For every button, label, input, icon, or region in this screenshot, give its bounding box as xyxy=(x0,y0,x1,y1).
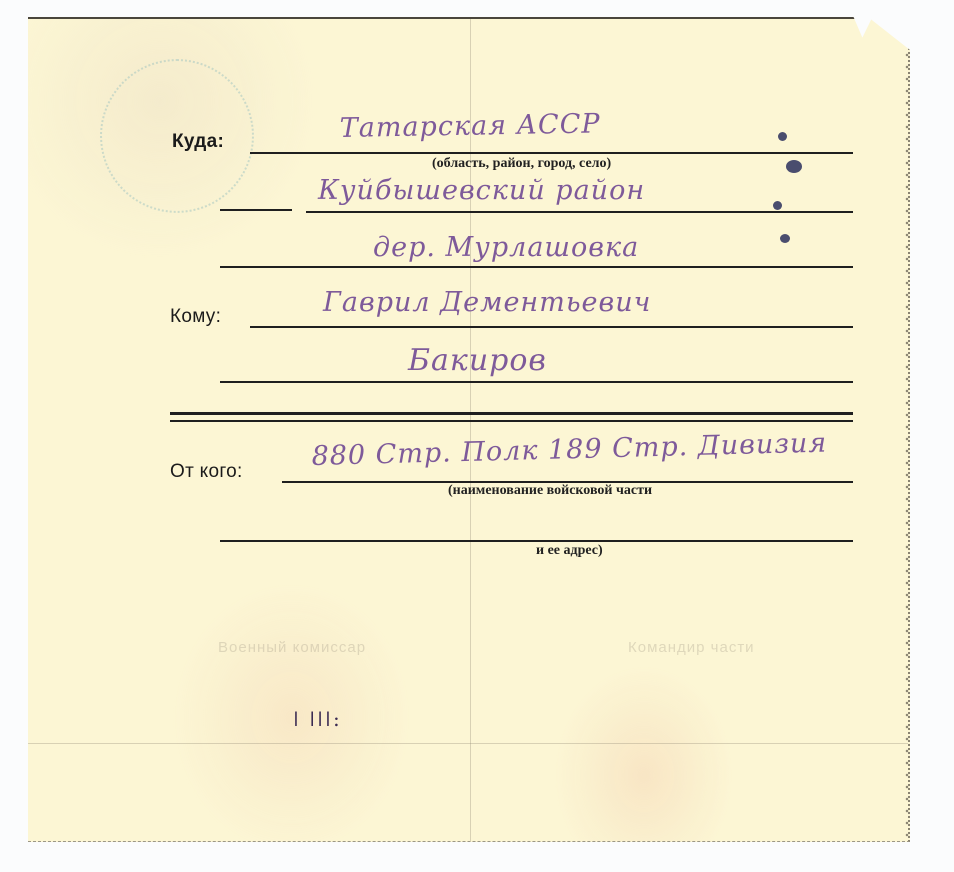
to-whom-line-2 xyxy=(220,381,853,383)
to-where-line-1 xyxy=(250,152,853,154)
from-whom-line-2 xyxy=(220,540,853,542)
to-where-line-2 xyxy=(306,211,853,213)
perforated-edge xyxy=(904,49,910,839)
to-where-line-3 xyxy=(220,266,853,268)
from-whom-label: От кого: xyxy=(170,461,243,483)
from-whom-hint-2: и ее адрес) xyxy=(536,543,603,559)
separator-rule-bottom xyxy=(170,420,853,422)
to-where-handwriting-3: дер. Мурлашовка xyxy=(373,232,639,263)
bleed-through-text-left: Военный комиссар xyxy=(218,639,366,656)
to-where-handwriting-1: Татарская АССР xyxy=(339,108,600,144)
ink-blot xyxy=(780,234,790,243)
tally-marks: ǀ ǀǀǀ: xyxy=(293,707,342,731)
separator-rule-top xyxy=(170,412,853,415)
ink-blot xyxy=(786,160,802,173)
to-where-label: Куда: xyxy=(172,131,224,153)
ink-blot xyxy=(778,132,787,141)
ink-blot xyxy=(773,201,782,210)
to-where-hint: (область, район, город, село) xyxy=(432,156,611,172)
fold-crease-horizontal xyxy=(28,743,908,744)
to-where-line-2-short xyxy=(220,209,292,211)
to-whom-label: Кому: xyxy=(170,306,221,328)
from-whom-handwriting: 880 Стр. Полк 189 Стр. Дивизия xyxy=(311,428,827,472)
to-whom-handwriting-1: Гаврил Дементьевич xyxy=(323,287,651,318)
from-whom-hint-1: (наименование войсковой части xyxy=(448,483,652,499)
to-where-handwriting-2: Куйбышевский район xyxy=(318,175,645,206)
postcard: Куда: Татарская АССР (область, район, го… xyxy=(28,17,910,842)
to-whom-line-1 xyxy=(250,326,853,328)
to-whom-handwriting-2: Бакиров xyxy=(408,343,547,378)
bleed-through-text-right: Командир части xyxy=(628,639,755,656)
fold-crease-vertical xyxy=(470,19,471,841)
